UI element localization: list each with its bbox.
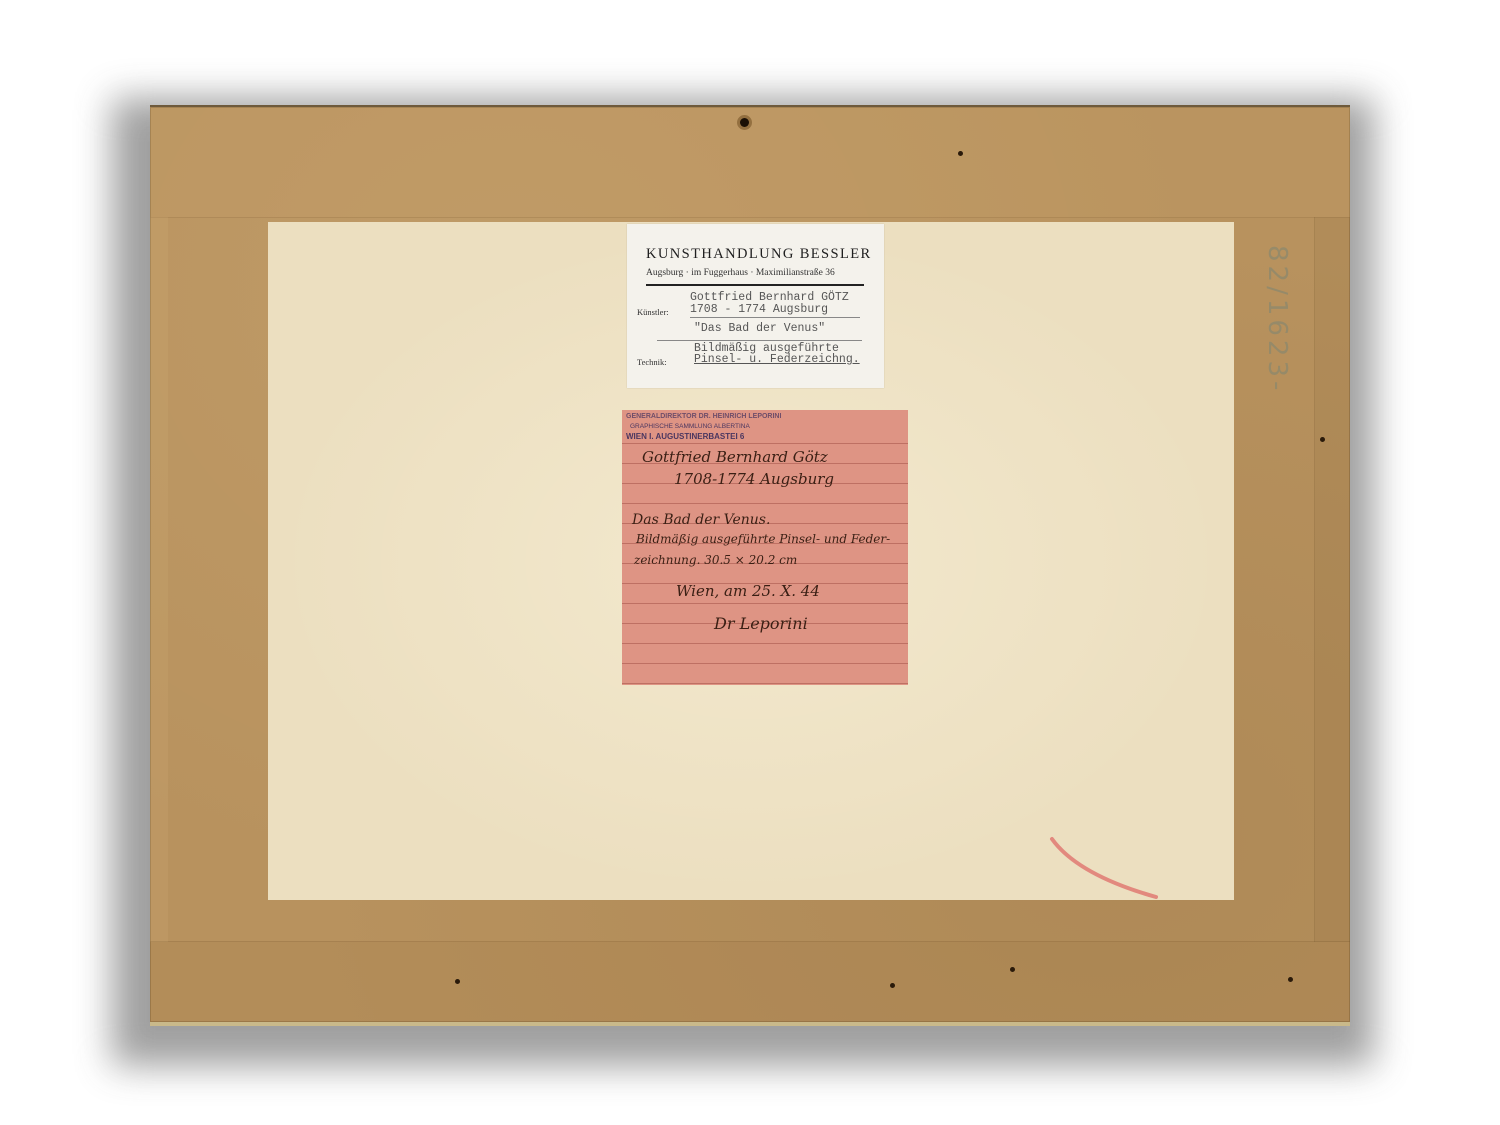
stamp-line-3: WIEN I. AUGUSTINERBASTEI 6 [626,432,744,441]
provenance-label: GENERALDIREKTOR DR. HEINRICH LEPORINI GR… [622,410,908,685]
dealer-name: KUNSTHANDLUNG BESSLER [646,246,872,263]
technique-field-label: Technik: [637,357,667,367]
stamp-line-1: GENERALDIREKTOR DR. HEINRICH LEPORINI [626,413,781,420]
stamp-line-2: GRAPHISCHE SAMMLUNG ALBERTINA [630,423,750,430]
artist-field-label: Künstler: [637,307,669,317]
handwritten-place-date: Wien, am 25. X. 44 [676,582,820,600]
divider [646,284,864,286]
nail-icon [455,979,460,984]
handwritten-dates: 1708-1774 Augsburg [674,470,834,488]
handwritten-technique-2: zeichnung. 30.5 × 20.2 cm [634,553,797,567]
dealer-address: Augsburg · im Fuggerhaus · Maximilianstr… [646,268,835,278]
artist-dates: 1708 - 1774 Augsburg [690,303,828,316]
rule [690,317,860,318]
handwritten-artist: Gottfried Bernhard Götz [642,448,828,466]
nail-icon [958,151,963,156]
artwork-title: "Das Bad der Venus" [694,322,825,335]
nail-icon [1010,967,1015,972]
nail-icon [1320,437,1325,442]
dealer-label: KUNSTHANDLUNG BESSLER Augsburg · im Fugg… [627,224,884,388]
hanging-hole-icon [740,118,749,127]
technique-line-2: Pinsel- u. Federzeichng. [694,353,860,366]
rule [657,340,862,341]
handwritten-title: Das Bad der Venus. [632,512,770,528]
nail-icon [890,983,895,988]
tape-strip-top [150,107,1350,218]
tape-strip-left [150,217,168,942]
red-crayon-mark [1048,835,1168,905]
handwritten-technique-1: Bildmäßig ausgeführte Pinsel- und Feder- [636,532,890,546]
tape-strip-right [1314,217,1350,942]
nail-icon [1288,977,1293,982]
pencil-inscription: 82/1623- [1262,245,1292,394]
tape-strip-bottom [150,941,1350,1022]
handwritten-signature: Dr Leporini [714,614,808,633]
